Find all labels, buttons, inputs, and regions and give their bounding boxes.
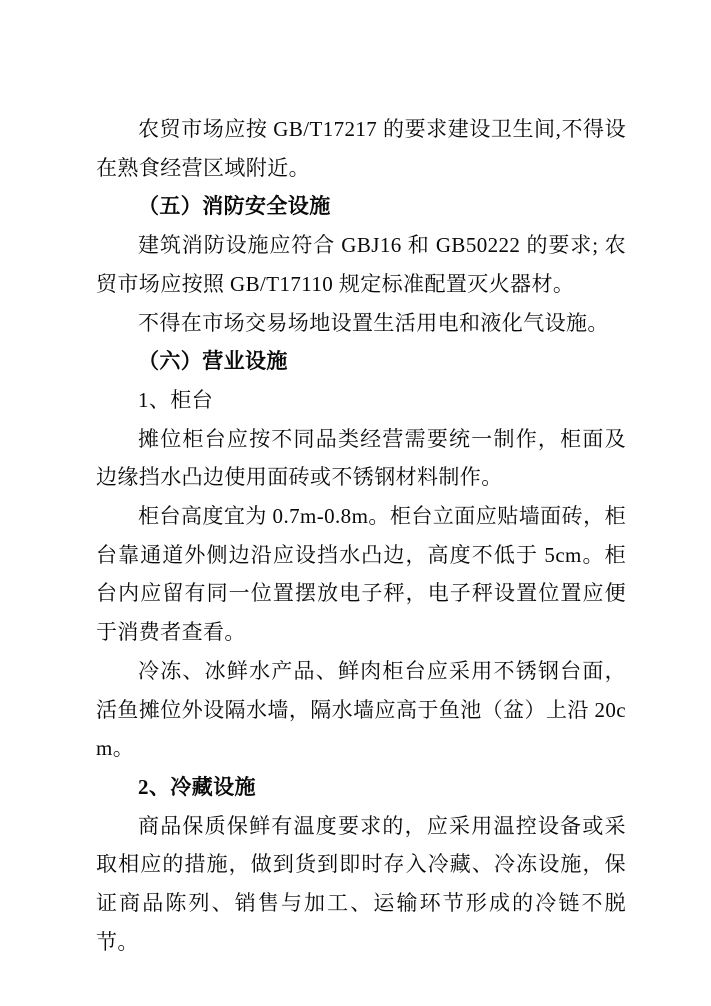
- paragraph-temperature-control: 商品保质保鲜有温度要求的，应采用温控设备或采取相应的措施，做到货到即时存入冷藏、…: [96, 807, 626, 962]
- paragraph-counter-height-specs: 柜台高度宜为 0.7m-0.8m。柜台立面应贴墙面砖，柜台靠通道外侧边沿应设挡水…: [96, 497, 626, 652]
- paragraph-frozen-fresh-counter: 冷冻、冰鲜水产品、鲜肉柜台应采用不锈钢台面，活鱼摊位外设隔水墙，隔水墙应高于鱼池…: [96, 652, 626, 768]
- subheading-counter: 1、柜台: [96, 381, 626, 420]
- section-heading-cold-storage-facilities: 2、冷藏设施: [96, 768, 626, 807]
- document-page: 农贸市场应按 GB/T17217 的要求建设卫生间,不得设在熟食经营区域附近。 …: [0, 0, 711, 1006]
- paragraph-fire-facilities-standards: 建筑消防设施应符合 GBJ16 和 GB50222 的要求; 农贸市场应按照 G…: [96, 226, 626, 303]
- section-heading-business-facilities: （六）营业设施: [96, 342, 626, 381]
- paragraph-toilet-requirement: 农贸市场应按 GB/T17217 的要求建设卫生间,不得设在熟食经营区域附近。: [96, 110, 626, 187]
- paragraph-no-household-electricity-gas: 不得在市场交易场地设置生活用电和液化气设施。: [96, 304, 626, 343]
- paragraph-counter-uniform-production: 摊位柜台应按不同品类经营需要统一制作，柜面及边缘挡水凸边使用面砖或不锈钢材料制作…: [96, 420, 626, 497]
- section-heading-fire-safety-facilities: （五）消防安全设施: [96, 187, 626, 226]
- document-body: 农贸市场应按 GB/T17217 的要求建设卫生间,不得设在熟食经营区域附近。 …: [96, 110, 626, 961]
